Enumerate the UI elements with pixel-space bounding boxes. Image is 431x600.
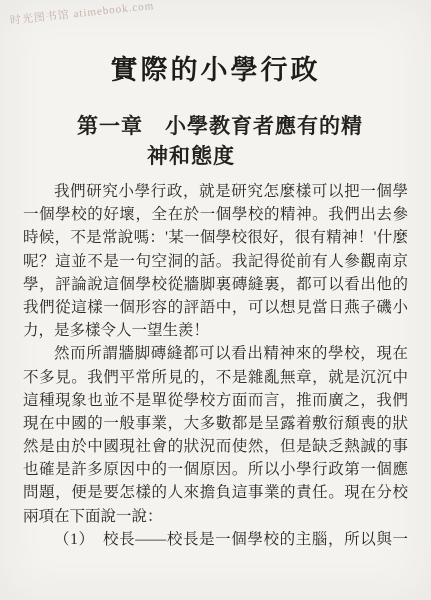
body-text-line: 然而所謂牆脚磚縫都可以看出精神來的學校，現在似乎已 <box>23 342 408 365</box>
body-text-line: 兩項在下面說一說： <box>23 505 408 528</box>
body-text-line: 時候，不是常說嗎：'某一個學校很好，很有精神！'什麼是有精神 <box>23 226 408 249</box>
body-text-line: 學，評論說這個學校從牆脚裏磚縫裏，都可以看出他的精神來； <box>23 273 408 296</box>
body-text-line: 問題，便是要怎樣的人來擔負這事業的責任。現在分校長與教員 <box>23 481 408 504</box>
body-text-line: 呢？這並不是一句空洞的話。我記得從前有人參觀南京燕子磯小 <box>23 250 408 273</box>
list-item-principal: （1） 校長——校長是一個學校的主腦，所以與一個學校 <box>23 528 408 551</box>
chapter-heading-line-1: 第一章 小學教育者應有的精 <box>77 110 363 140</box>
body-text-line: 不多見。我們平常所見的，不是雜亂無章，就是沉沉中毫無生氣。 <box>23 366 408 389</box>
book-title: 實際的小學行政 <box>0 48 431 87</box>
body-text-line: 現在中國的一般事業，大多數都是呈露着敷衍頹喪的狀態。這固 <box>23 412 408 435</box>
body-text-line: 一個學校的好壞，全在於一個學校的精神。我們出去參觀學校的 <box>23 203 408 226</box>
chapter-heading-line-2: 神和態度 <box>147 140 235 170</box>
scanned-book-page: 时光图书馆 atimebook.com 實際的小學行政 第一章 小學教育者應有的… <box>0 0 431 600</box>
body-text-line: 我們從這樣一個形容的評語中，可以想見當日燕子磯小學的努 <box>23 296 408 319</box>
body-text-line: 也確是許多原因中的一個原因。所以小學行政第一個應研究的 <box>23 458 408 481</box>
body-text-block: 我們研究小學行政，就是研究怎麼樣可以把一個學校辦好。 一個學校的好壞，全在於一個… <box>23 180 408 551</box>
library-watermark: 时光图书馆 atimebook.com <box>9 0 155 28</box>
body-text-line: 然是由於中國現社會的狀況而使然，但是缺乏熱誠的事業人材 <box>23 435 408 458</box>
body-text-line: 力，是多樣令人一望生羨！ <box>23 319 408 342</box>
body-text-line: 這種現象也並不是單從學校方面而言，推而廣之，我們可以看到 <box>23 389 408 412</box>
body-text-line: 我們研究小學行政，就是研究怎麼樣可以把一個學校辦好。 <box>23 180 408 203</box>
